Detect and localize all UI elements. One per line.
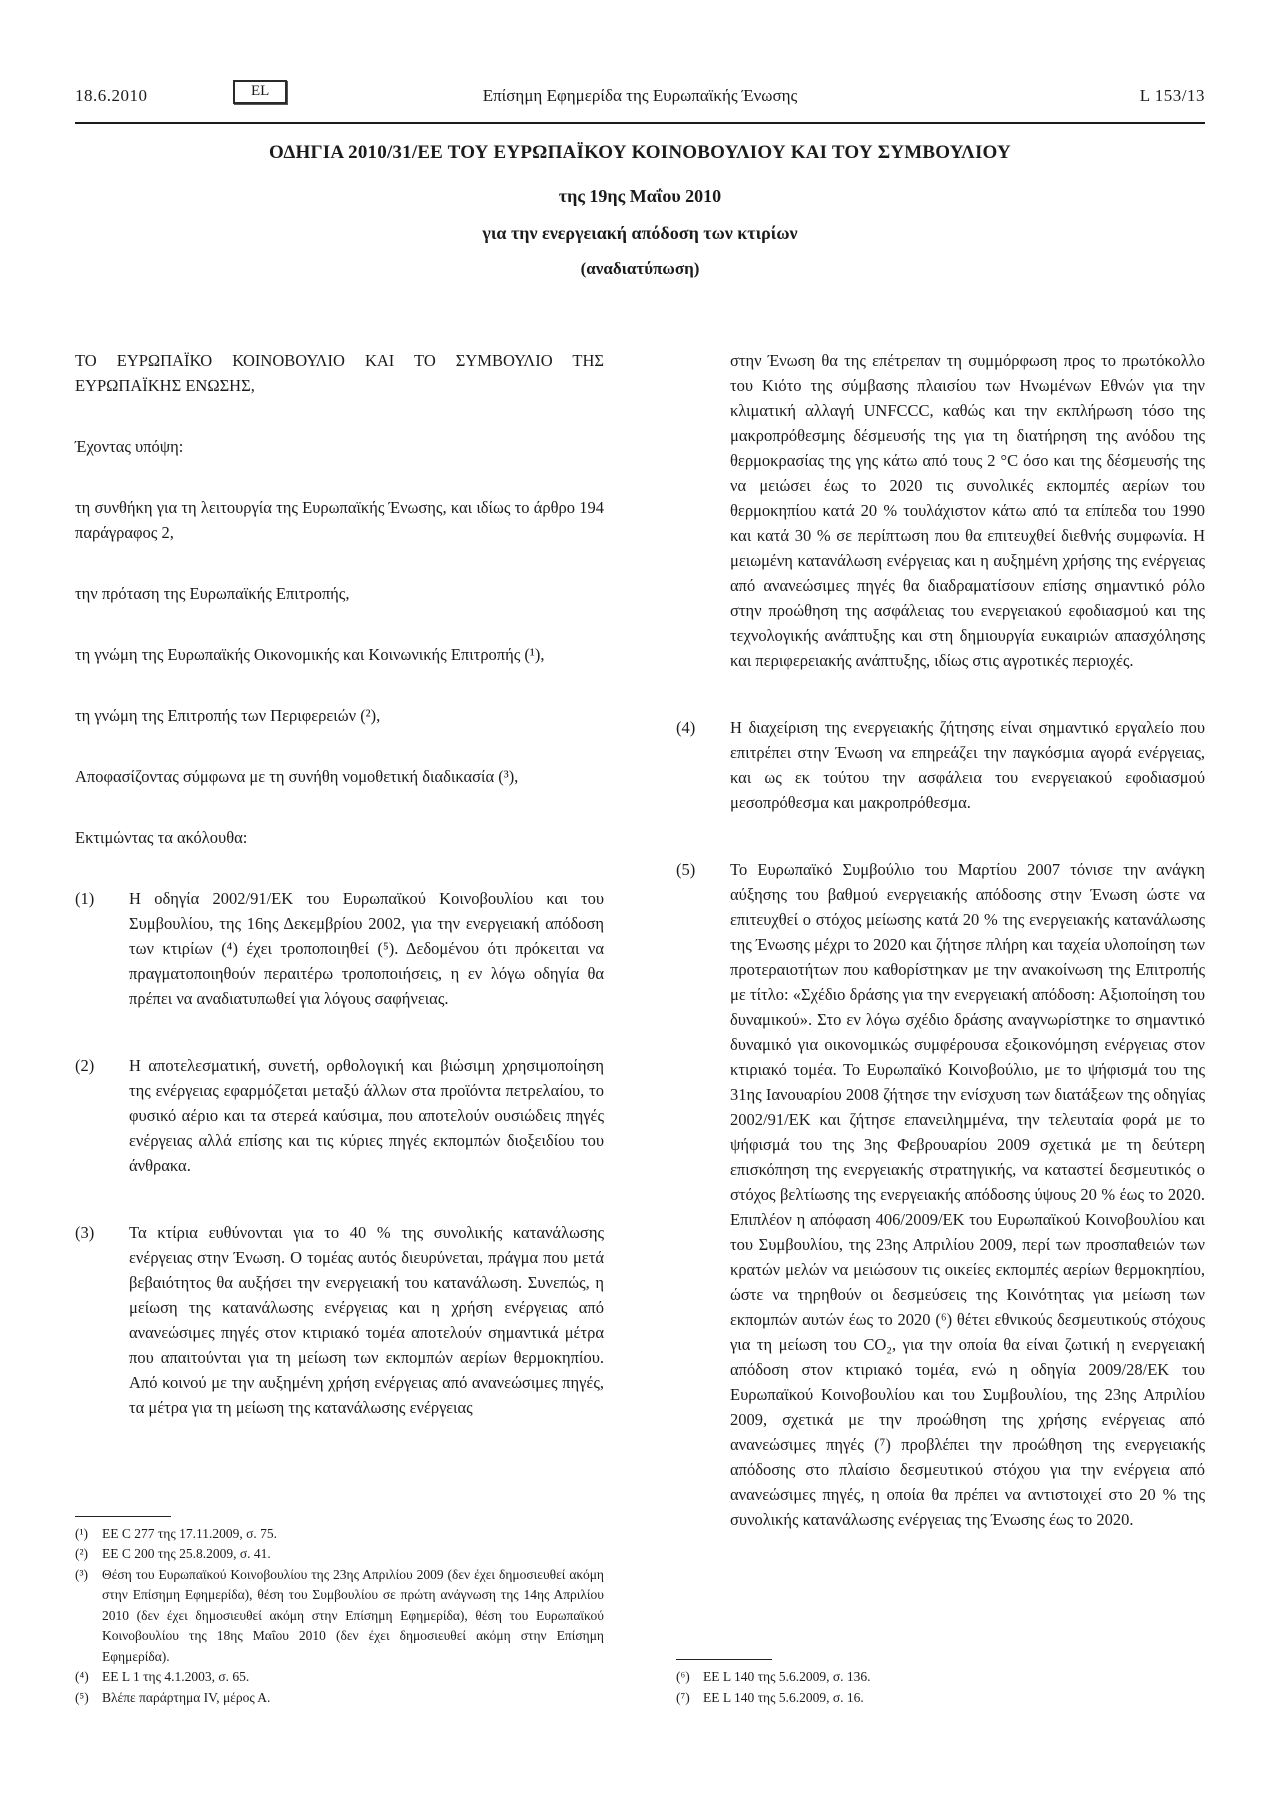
intro-paragraph: Εκτιμώντας τα ακόλουθα:: [75, 825, 604, 850]
footnote-text: Θέση του Ευρωπαϊκού Κοινοβουλίου της 23η…: [102, 1565, 604, 1668]
recital-number: (1): [75, 886, 129, 1011]
footnote-marker: (²): [75, 1544, 102, 1565]
footnote-1: (¹) ΕΕ C 277 της 17.11.2009, σ. 75.: [75, 1524, 604, 1545]
footnote-5: (⁵) Βλέπε παράρτημα IV, μέρος Α.: [75, 1688, 604, 1709]
page-reference: L 153/13: [1140, 86, 1205, 106]
footnote-text: Βλέπε παράρτημα IV, μέρος Α.: [102, 1688, 604, 1709]
directive-title: ΟΔΗΓΙΑ 2010/31/ΕΕ ΤΟΥ ΕΥΡΩΠΑΪΚΟΥ ΚΟΙΝΟΒΟ…: [75, 142, 1205, 164]
recital-text: Η διαχείριση της ενεργειακής ζήτησης είν…: [730, 715, 1205, 815]
footnote-3: (³) Θέση του Ευρωπαϊκού Κοινοβουλίου της…: [75, 1565, 604, 1668]
intro-paragraph: τη γνώμη της Επιτροπής των Περιφερειών (…: [75, 703, 604, 728]
footnote-text: ΕΕ L 140 της 5.6.2009, σ. 136.: [703, 1667, 1205, 1688]
recital-number: (2): [75, 1053, 129, 1178]
recital-text: Τα κτίρια ευθύνονται για το 40 % της συν…: [129, 1220, 604, 1420]
recital-number: (4): [676, 715, 730, 815]
recital-4: (4) Η διαχείριση της ενεργειακής ζήτησης…: [676, 715, 1205, 815]
footnote-marker: (³): [75, 1565, 102, 1668]
recital-text: Η οδηγία 2002/91/ΕΚ του Ευρωπαϊκού Κοινο…: [129, 886, 604, 1011]
footnote-6: (⁶) ΕΕ L 140 της 5.6.2009, σ. 136.: [676, 1667, 1205, 1688]
footnote-text: ΕΕ L 140 της 5.6.2009, σ. 16.: [703, 1688, 1205, 1709]
footnote-marker: (⁷): [676, 1688, 703, 1709]
footnote-2: (²) ΕΕ C 200 της 25.8.2009, σ. 41.: [75, 1544, 604, 1565]
page-header: 18.6.2010 EL Επίσημη Εφημερίδα της Ευρωπ…: [75, 78, 1205, 124]
header-date: 18.6.2010: [75, 86, 148, 106]
recital-2: (2) Η αποτελεσματική, συνετή, ορθολογική…: [75, 1053, 604, 1178]
right-column: στην Ένωση θα της επέτρεπαν τη συμμόρφωσ…: [676, 348, 1205, 1708]
directive-date: της 19ης Μαΐου 2010: [75, 186, 1205, 207]
footnote-text: ΕΕ C 277 της 17.11.2009, σ. 75.: [102, 1524, 604, 1545]
official-journal-page: 18.6.2010 EL Επίσημη Εφημερίδα της Ευρωπ…: [0, 0, 1280, 1810]
language-badge: EL: [233, 80, 287, 104]
recital-5: (5) Το Ευρωπαϊκό Συμβούλιο του Μαρτίου 2…: [676, 857, 1205, 1532]
footnote-separator: [75, 1516, 171, 1517]
intro-paragraph: Αποφασίζοντας σύμφωνα με τη συνήθη νομοθ…: [75, 764, 604, 789]
footnote-text: ΕΕ C 200 της 25.8.2009, σ. 41.: [102, 1544, 604, 1565]
right-footnotes: (⁶) ΕΕ L 140 της 5.6.2009, σ. 136. (⁷) Ε…: [676, 1655, 1205, 1708]
footnote-marker: (⁴): [75, 1667, 102, 1688]
footnote-marker: (¹): [75, 1524, 102, 1545]
directive-title-block: ΟΔΗΓΙΑ 2010/31/ΕΕ ΤΟΥ ΕΥΡΩΠΑΪΚΟΥ ΚΟΙΝΟΒΟ…: [75, 142, 1205, 279]
recital-text: Το Ευρωπαϊκό Συμβούλιο του Μαρτίου 2007 …: [730, 857, 1205, 1532]
footnote-separator: [676, 1659, 772, 1660]
recital-number: (3): [75, 1220, 129, 1420]
recital-3-continuation: στην Ένωση θα της επέτρεπαν τη συμμόρφωσ…: [730, 348, 1205, 673]
recital-text: Η αποτελεσματική, συνετή, ορθολογική και…: [129, 1053, 604, 1178]
intro-paragraph: τη συνθήκη για τη λειτουργία της Ευρωπαϊ…: [75, 495, 604, 545]
footnote-text: ΕΕ L 1 της 4.1.2003, σ. 65.: [102, 1667, 604, 1688]
directive-recast-label: (αναδιατύπωση): [75, 259, 1205, 279]
intro-paragraph: την πρόταση της Ευρωπαϊκής Επιτροπής,: [75, 581, 604, 606]
body-columns: ΤΟ ΕΥΡΩΠΑΪΚΟ ΚΟΙΝΟΒΟΥΛΙΟ ΚΑΙ ΤΟ ΣΥΜΒΟΥΛΙ…: [75, 348, 1205, 1708]
footnote-4: (⁴) ΕΕ L 1 της 4.1.2003, σ. 65.: [75, 1667, 604, 1688]
left-footnotes: (¹) ΕΕ C 277 της 17.11.2009, σ. 75. (²) …: [75, 1512, 604, 1709]
directive-subject: για την ενεργειακή απόδοση των κτιρίων: [75, 223, 1205, 244]
recital-number: (5): [676, 857, 730, 1532]
recital-3: (3) Τα κτίρια ευθύνονται για το 40 % της…: [75, 1220, 604, 1420]
footnote-marker: (⁶): [676, 1667, 703, 1688]
journal-title: Επίσημη Εφημερίδα της Ευρωπαϊκής Ένωσης: [483, 86, 798, 106]
intro-paragraph: τη γνώμη της Ευρωπαϊκής Οικονομικής και …: [75, 642, 604, 667]
intro-paragraph: ΤΟ ΕΥΡΩΠΑΪΚΟ ΚΟΙΝΟΒΟΥΛΙΟ ΚΑΙ ΤΟ ΣΥΜΒΟΥΛΙ…: [75, 348, 604, 398]
left-column: ΤΟ ΕΥΡΩΠΑΪΚΟ ΚΟΙΝΟΒΟΥΛΙΟ ΚΑΙ ΤΟ ΣΥΜΒΟΥΛΙ…: [75, 348, 604, 1708]
recital-1: (1) Η οδηγία 2002/91/ΕΚ του Ευρωπαϊκού Κ…: [75, 886, 604, 1011]
footnote-marker: (⁵): [75, 1688, 102, 1709]
intro-paragraph: Έχοντας υπόψη:: [75, 434, 604, 459]
footnote-7: (⁷) ΕΕ L 140 της 5.6.2009, σ. 16.: [676, 1688, 1205, 1709]
